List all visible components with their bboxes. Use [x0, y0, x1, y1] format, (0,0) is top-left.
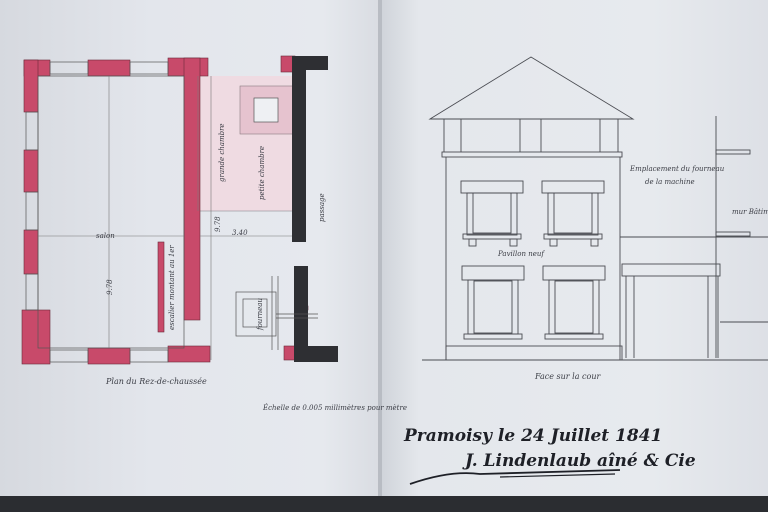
label-emplacement: Emplacement du fourneau [630, 165, 724, 173]
label-mur: mur Bâtim. [732, 208, 768, 216]
label-petite-chambre: petite chambre [258, 146, 266, 200]
elevation-caption: Face sur la cour [535, 372, 600, 381]
label-machine: de la machine [645, 178, 695, 186]
label-salon: salon [96, 232, 115, 240]
label-pavillon: Pavillon neuf [498, 250, 544, 258]
signature-date: Pramoisy le 24 Juillet 1841 [404, 426, 662, 446]
label-corridor-dim: 3.40 [232, 229, 248, 237]
label-fourneau: fourneau [256, 298, 264, 330]
elevation-drawing [0, 0, 768, 400]
scale-note: Échelle de 0.005 millimètres pour mètre [263, 404, 407, 412]
table-edge [0, 496, 768, 512]
label-side-dim: 9.78 [214, 216, 222, 232]
label-escalier: escalier montant au 1er [168, 245, 176, 330]
signature-name: J. Lindenlaub aîné & Cie [465, 451, 696, 471]
plan-caption: Plan du Rez-de-chaussée [106, 377, 207, 386]
label-dim-length: 9.78 [106, 279, 114, 295]
label-grande-chambre: grande chambre [218, 123, 226, 182]
label-passage: passage [318, 193, 326, 222]
